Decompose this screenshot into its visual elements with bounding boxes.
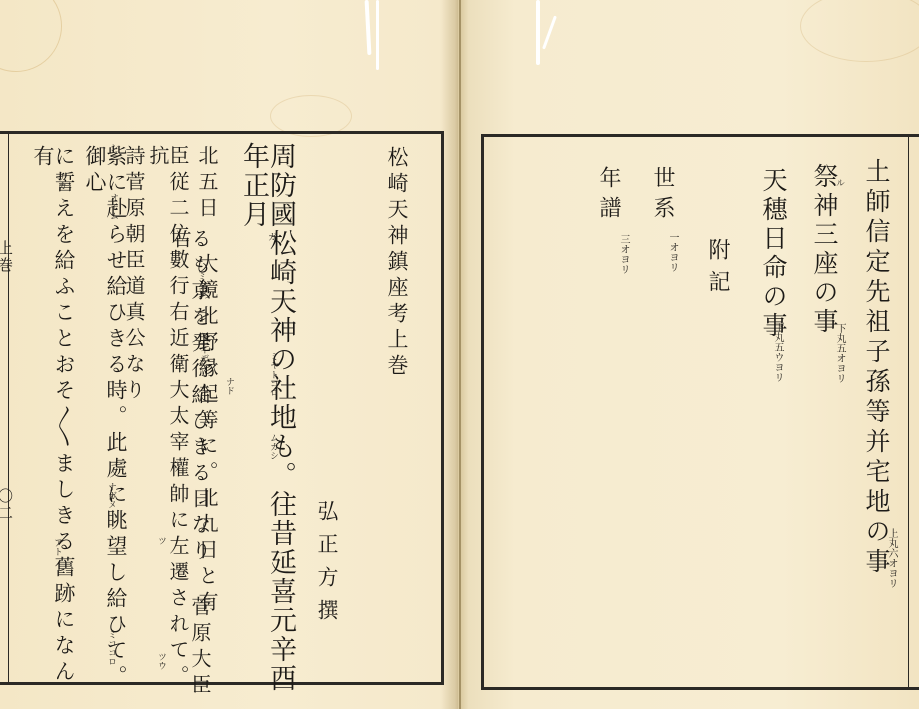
right-page-frame	[481, 134, 919, 690]
ruby-gloss: ル	[834, 178, 843, 187]
toc-ref-6: 三オヨリ	[618, 234, 628, 274]
toc-ref-1: 上丸六オヨリ	[886, 528, 896, 588]
toc-ref-2: 下丸五オヨリ	[834, 323, 844, 383]
toc-entry-2[interactable]: 祭神三座の事	[812, 163, 837, 337]
toc-entry-5[interactable]: 世系	[651, 166, 673, 226]
toc-entry-6[interactable]: 年譜	[597, 166, 619, 226]
toc-entry-1[interactable]: 土師信定先祖子孫等并宅地の事	[864, 158, 889, 578]
toc-ref-3: 下丸五ウヨリ	[772, 322, 782, 382]
toc-ref-5: 一オヨリ	[667, 232, 677, 272]
right-page: 土師信定先祖子孫等并宅地の事 上丸六オヨリ 祭神三座の事 ル 下丸五オヨリ 天穗…	[0, 0, 919, 709]
toc-entry-3[interactable]: 天穗日命の事	[761, 167, 786, 341]
book-spread: 上巻 〇二 松崎天神鎮座考上巻 弘正方撰 周防國松崎天神の社地も。往昔延喜元辛酉…	[0, 0, 919, 709]
margin-rule	[908, 137, 909, 687]
appendix-heading: 附記	[706, 238, 728, 302]
